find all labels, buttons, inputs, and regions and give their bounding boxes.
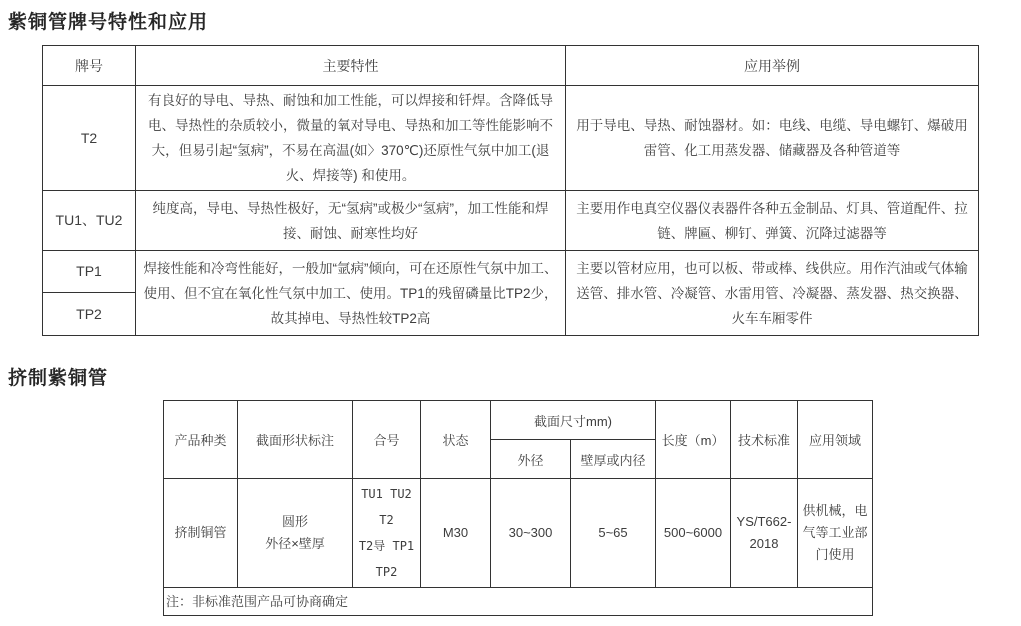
grade-table-header-row: 牌号 主要特性 应用举例 <box>43 46 979 86</box>
cell-length: 500~6000 <box>656 479 731 588</box>
header-section-shape: 截面形状标注 <box>238 401 353 479</box>
extruded-table: 产品种类 截面形状标注 合号 状态 截面尺寸mm) 长度（m） 技术标准 应用领… <box>163 400 873 616</box>
table-row-tp1: TP1 焊接性能和冷弯性能好，一般加“氩病”倾向，可在还原性气氛中加工、使用、但… <box>43 251 979 293</box>
grade-table: 牌号 主要特性 应用举例 T2 有良好的导电、导热、耐蚀和加工性能，可以焊接和钎… <box>42 45 979 336</box>
cell-state: M30 <box>421 479 491 588</box>
cell-standard: YS/T662-2018 <box>731 479 798 588</box>
header-features: 主要特性 <box>136 46 566 86</box>
header-outer-diameter: 外径 <box>491 440 571 479</box>
header-grade: 牌号 <box>43 46 136 86</box>
header-wall-or-inner: 壁厚或内径 <box>571 440 656 479</box>
applications-t2: 用于导电、导热、耐蚀器材。如：电线、电缆、导电螺钉、爆破用雷管、化工用蒸发器、储… <box>566 86 979 191</box>
table-row-t2: T2 有良好的导电、导热、耐蚀和加工性能，可以焊接和钎焊。含降低导电、导热性的杂… <box>43 86 979 191</box>
header-state: 状态 <box>421 401 491 479</box>
features-tp: 焊接性能和冷弯性能好，一般加“氩病”倾向，可在还原性气氛中加工、使用、但不宜在氧… <box>136 251 566 336</box>
cell-outer-diameter: 30~300 <box>491 479 571 588</box>
header-application-field: 应用领域 <box>798 401 873 479</box>
grade-tp2: TP2 <box>43 293 136 336</box>
section-title-grade-characteristics: 紫铜管牌号特性和应用 <box>8 7 208 34</box>
extruded-header-row-1: 产品种类 截面形状标注 合号 状态 截面尺寸mm) 长度（m） 技术标准 应用领… <box>164 401 873 440</box>
note-text: 注：非标准范围产品可协商确定 <box>164 588 873 616</box>
table-row-tu1-tu2: TU1、TU2 纯度高，导电、导热性极好，无“氢病”或极少“氢病”，加工性能和焊… <box>43 191 979 251</box>
page: 紫铜管牌号特性和应用 牌号 主要特性 应用举例 T2 有良好的导电、导热、耐蚀和… <box>0 0 1021 626</box>
header-standard: 技术标准 <box>731 401 798 479</box>
header-grade-no: 合号 <box>353 401 421 479</box>
cell-wall-or-inner: 5~65 <box>571 479 656 588</box>
cell-section-shape: 圆形 外径×壁厚 <box>238 479 353 588</box>
header-length: 长度（m） <box>656 401 731 479</box>
cell-application-field: 供机械，电气等工业部门使用 <box>798 479 873 588</box>
section-title-extruded-tube: 挤制紫铜管 <box>8 363 108 390</box>
extruded-note-row: 注：非标准范围产品可协商确定 <box>164 588 873 616</box>
grade-tu1-tu2: TU1、TU2 <box>43 191 136 251</box>
extruded-data-row: 挤制铜管 圆形 外径×壁厚 TU1 TU2 T2 T2导 TP1 TP2 M30… <box>164 479 873 588</box>
header-product-type: 产品种类 <box>164 401 238 479</box>
header-section-size: 截面尺寸mm) <box>491 401 656 440</box>
cell-product-type: 挤制铜管 <box>164 479 238 588</box>
cell-grade-no: TU1 TU2 T2 T2导 TP1 TP2 <box>353 479 421 588</box>
grade-t2: T2 <box>43 86 136 191</box>
applications-tp: 主要以管材应用，也可以板、带或棒、线供应。用作汽油或气体输送管、排水管、冷凝管、… <box>566 251 979 336</box>
applications-tu1-tu2: 主要用作电真空仪器仪表器件各种五金制品、灯具、管道配件、拉链、牌匾、柳钉、弹簧、… <box>566 191 979 251</box>
features-t2: 有良好的导电、导热、耐蚀和加工性能，可以焊接和钎焊。含降低导电、导热性的杂质较小… <box>136 86 566 191</box>
header-applications: 应用举例 <box>566 46 979 86</box>
features-tu1-tu2: 纯度高，导电、导热性极好，无“氢病”或极少“氢病”，加工性能和焊接、耐蚀、耐寒性… <box>136 191 566 251</box>
grade-tp1: TP1 <box>43 251 136 293</box>
